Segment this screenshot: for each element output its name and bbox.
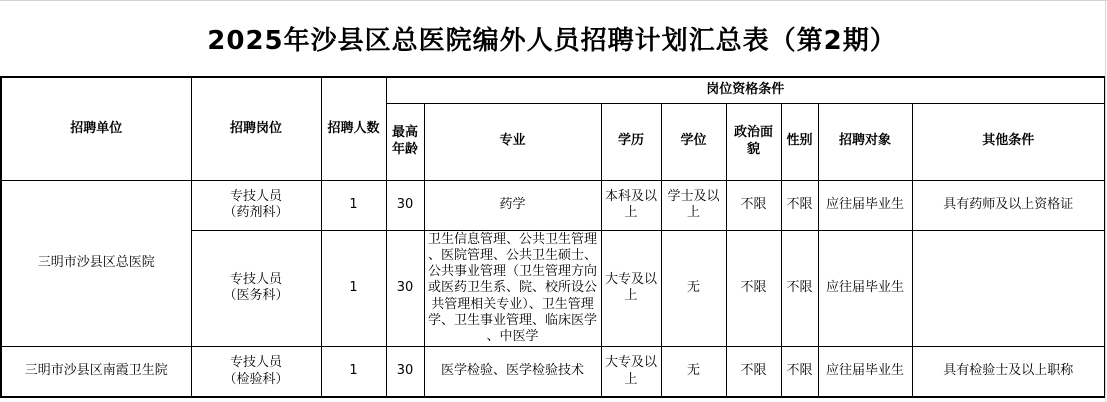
cell-r3-education: 大专及以上 xyxy=(601,347,661,397)
gridline-right xyxy=(1105,1,1106,402)
page-title: 2025年沙县区总医院编外人员招聘计划汇总表（第2期） xyxy=(207,20,896,57)
cell-r3-other: 具有检验士及以上职称 xyxy=(912,347,1105,397)
table-row: 三明市沙县区南霞卫生院 专技人员 （检验科） 1 30 医学检验、医学检验技术 … xyxy=(1,347,1105,397)
cell-r2-other xyxy=(912,230,1105,347)
header-position: 招聘岗位 xyxy=(191,77,321,180)
header-qualifications-group: 岗位资格条件 xyxy=(386,77,1105,103)
header-education: 学历 xyxy=(601,103,661,180)
cell-r1-target: 应往届毕业生 xyxy=(818,180,912,230)
cell-r3-political: 不限 xyxy=(726,347,781,397)
header-degree: 学位 xyxy=(661,103,726,180)
cell-r1-gender: 不限 xyxy=(781,180,818,230)
header-count: 招聘人数 xyxy=(321,77,386,180)
cell-r3-target: 应往届毕业生 xyxy=(818,347,912,397)
cell-r2-target: 应往届毕业生 xyxy=(818,230,912,347)
cell-r1-count: 1 xyxy=(321,180,386,230)
cell-r1-degree: 学士及以上 xyxy=(661,180,726,230)
header-major: 专业 xyxy=(424,103,601,180)
cell-r3-degree: 无 xyxy=(661,347,726,397)
cell-r3-position: 专技人员 （检验科） xyxy=(191,347,321,397)
title-bar: 2025年沙县区总医院编外人员招聘计划汇总表（第2期） xyxy=(0,1,1104,76)
cell-r3-count: 1 xyxy=(321,347,386,397)
cell-r2-position: 专技人员 （医务科） xyxy=(191,230,321,347)
cell-r1-unit: 三明市沙县区总医院 xyxy=(1,180,191,347)
header-unit: 招聘单位 xyxy=(1,77,191,180)
cell-r2-education: 大专及以上 xyxy=(601,230,661,347)
cell-r1-other: 具有药师及以上资格证 xyxy=(912,180,1105,230)
header-political: 政治面貌 xyxy=(726,103,781,180)
cell-r2-degree: 无 xyxy=(661,230,726,347)
cell-r2-count: 1 xyxy=(321,230,386,347)
cell-r1-position: 专技人员 （药剂科） xyxy=(191,180,321,230)
header-group-row: 招聘单位 招聘岗位 招聘人数 岗位资格条件 xyxy=(1,77,1105,103)
cell-r3-unit: 三明市沙县区南霞卫生院 xyxy=(1,347,191,397)
cell-r2-major: 卫生信息管理、公共卫生管理、医院管理、公共卫生硕士、公共事业管理（卫生管理方向或… xyxy=(424,230,601,347)
header-target: 招聘对象 xyxy=(818,103,912,180)
cell-r1-political: 不限 xyxy=(726,180,781,230)
cell-r1-major: 药学 xyxy=(424,180,601,230)
recruitment-table: 招聘单位 招聘岗位 招聘人数 岗位资格条件 最高年龄 专业 学历 学位 政治面貌… xyxy=(0,76,1106,398)
table-row: 三明市沙县区总医院 专技人员 （药剂科） 1 30 药学 本科及以上 学士及以上… xyxy=(1,180,1105,230)
spreadsheet-page: 2025年沙县区总医院编外人员招聘计划汇总表（第2期） 招聘单位 招聘岗位 招聘… xyxy=(0,0,1107,402)
cell-r3-gender: 不限 xyxy=(781,347,818,397)
cell-r2-max-age: 30 xyxy=(386,230,424,347)
cell-r1-education: 本科及以上 xyxy=(601,180,661,230)
header-other: 其他条件 xyxy=(912,103,1105,180)
cell-r2-political: 不限 xyxy=(726,230,781,347)
header-max-age: 最高年龄 xyxy=(386,103,424,180)
cell-r2-gender: 不限 xyxy=(781,230,818,347)
header-gender: 性别 xyxy=(781,103,818,180)
cell-r3-major: 医学检验、医学检验技术 xyxy=(424,347,601,397)
cell-r3-max-age: 30 xyxy=(386,347,424,397)
cell-r1-max-age: 30 xyxy=(386,180,424,230)
